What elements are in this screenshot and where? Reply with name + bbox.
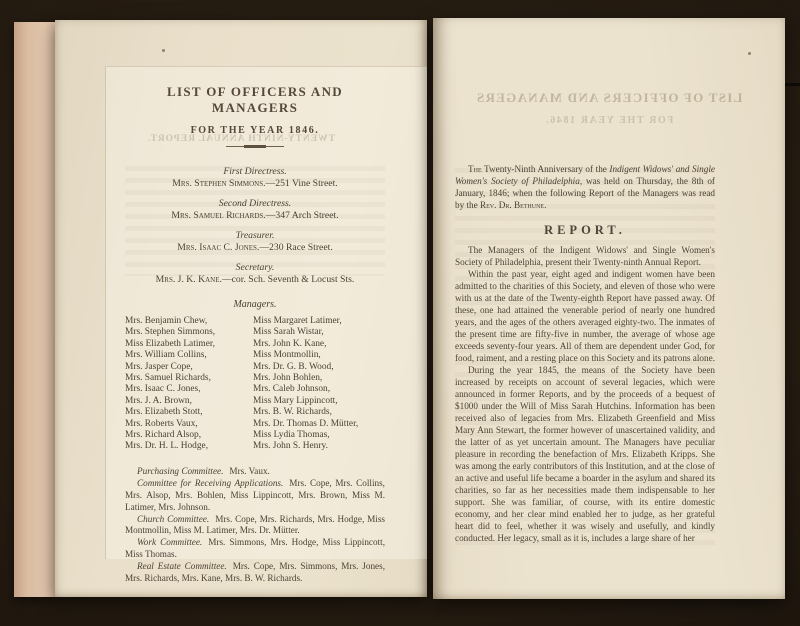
manager-name: Miss Margaret Latimer, (253, 316, 358, 327)
manager-name: Mrs. Jasper Cope, (125, 362, 253, 373)
underlying-page-edge (14, 22, 58, 597)
report-paragraph: Within the past year, eight aged and ind… (455, 268, 715, 364)
manager-name: Mrs. Benjamin Chew, (125, 316, 253, 327)
manager-name: Mrs. Isaac C. Jones, (125, 384, 253, 395)
manager-name: Mrs. John Bohlen, (253, 373, 358, 384)
officer-name: Mrs. Isaac C. Jones.—230 Race Street. (125, 242, 385, 254)
reverend-name: Rev. Dr. Bethune (480, 200, 544, 210)
anniversary-intro-paragraph: The Twenty-Ninth Anniversary of the Indi… (455, 163, 715, 211)
committee-title: Purchasing Committee. (137, 466, 223, 476)
committee-title: Committee for Receiving Applications. (137, 478, 283, 488)
committees-section: Purchasing Committee.Mrs. Vaux. Committe… (125, 466, 385, 585)
manager-name: Miss Elizabeth Latimer, (125, 339, 253, 350)
page-subtitle: FOR THE YEAR 1846. (125, 125, 385, 136)
left-page: TWENTY-NINTH ANNUAL REPORT. LIST OF OFFI… (55, 20, 427, 597)
photo-background: TWENTY-NINTH ANNUAL REPORT. LIST OF OFFI… (0, 0, 800, 626)
officer-name: Mrs. J. K. Kane.—cor. Sch. Seventh & Loc… (125, 274, 385, 286)
officer-entry: Second Directress. Mrs. Samuel Richards.… (125, 198, 385, 222)
left-page-content: LIST OF OFFICERS AND MANAGERS FOR THE YE… (125, 20, 385, 585)
managers-column-right: Miss Margaret Latimer, Miss Sarah Wistar… (253, 316, 358, 453)
manager-name: Miss Sarah Wistar, (253, 327, 358, 338)
committee-title: Church Committee. (137, 514, 209, 524)
report-paragraph: During the year 1845, the means of the S… (455, 364, 715, 544)
manager-name: Mrs. Dr. Thomas D. Mütter, (253, 419, 358, 430)
manager-name: Mrs. John K. Kane, (253, 339, 358, 350)
officer-entry: Treasurer. Mrs. Isaac C. Jones.—230 Race… (125, 230, 385, 254)
manager-name: Miss Montmollin, (253, 350, 358, 361)
manager-name: Mrs. Dr. G. B. Wood, (253, 362, 358, 373)
manager-name: Mrs. Stephen Simmons, (125, 327, 253, 338)
managers-list: Mrs. Benjamin Chew, Mrs. Stephen Simmons… (125, 316, 385, 453)
managers-heading: Managers. (125, 299, 385, 311)
page-title: LIST OF OFFICERS AND MANAGERS (125, 84, 385, 116)
committee-title: Real Estate Committee. (137, 561, 227, 571)
right-page-content: The Twenty-Ninth Anniversary of the Indi… (455, 18, 715, 544)
office-title: Secretary. (125, 262, 385, 274)
manager-name: Mrs. William Collins, (125, 350, 253, 361)
committee-entry: Committee for Receiving Applications.Mrs… (125, 478, 385, 514)
manager-name: Mrs. Richard Alsop, (125, 430, 253, 441)
manager-name: Mrs. Caleb Johnson, (253, 384, 358, 395)
officer-entry: Secretary. Mrs. J. K. Kane.—cor. Sch. Se… (125, 262, 385, 286)
manager-name: Mrs. Elizabeth Stott, (125, 407, 253, 418)
managers-column-left: Mrs. Benjamin Chew, Mrs. Stephen Simmons… (125, 316, 253, 453)
report-heading: REPORT. (455, 223, 715, 238)
officer-name: Mrs. Samuel Richards.—347 Arch Street. (125, 210, 385, 222)
right-page: LIST OF OFFICERS AND MANAGERS FOR THE YE… (433, 18, 785, 599)
manager-name: Mrs. Samuel Richards, (125, 373, 253, 384)
committee-entry: Real Estate Committee.Mrs. Cope, Mrs. Si… (125, 561, 385, 585)
committee-entry: Work Committee.Mrs. Simmons, Mrs. Hodge,… (125, 537, 385, 561)
committee-title: Work Committee. (137, 537, 202, 547)
office-title: Second Directress. (125, 198, 385, 210)
manager-name: Mrs. B. W. Richards, (253, 407, 358, 418)
manager-name: Mrs. John S. Henry. (253, 441, 358, 452)
report-paragraph: The Managers of the Indigent Widows' and… (455, 244, 715, 268)
officer-entry: First Directress. Mrs. Stephen Simmons.—… (125, 166, 385, 190)
manager-name: Mrs. Dr. H. L. Hodge, (125, 441, 253, 452)
manager-name: Miss Mary Lippincott, (253, 396, 358, 407)
manager-name: Mrs. Roberts Vaux, (125, 419, 253, 430)
manager-name: Miss Lydia Thomas, (253, 430, 358, 441)
office-title: Treasurer. (125, 230, 385, 242)
committee-entry: Purchasing Committee.Mrs. Vaux. (125, 466, 385, 478)
officer-name: Mrs. Stephen Simmons.—251 Vine Street. (125, 178, 385, 190)
committee-entry: Church Committee.Mrs. Cope, Mrs. Richard… (125, 514, 385, 538)
french-rule-divider (226, 145, 284, 148)
manager-name: Mrs. J. A. Brown, (125, 396, 253, 407)
office-title: First Directress. (125, 166, 385, 178)
dust-speck (748, 52, 751, 55)
committee-members: Mrs. Vaux. (229, 466, 269, 476)
